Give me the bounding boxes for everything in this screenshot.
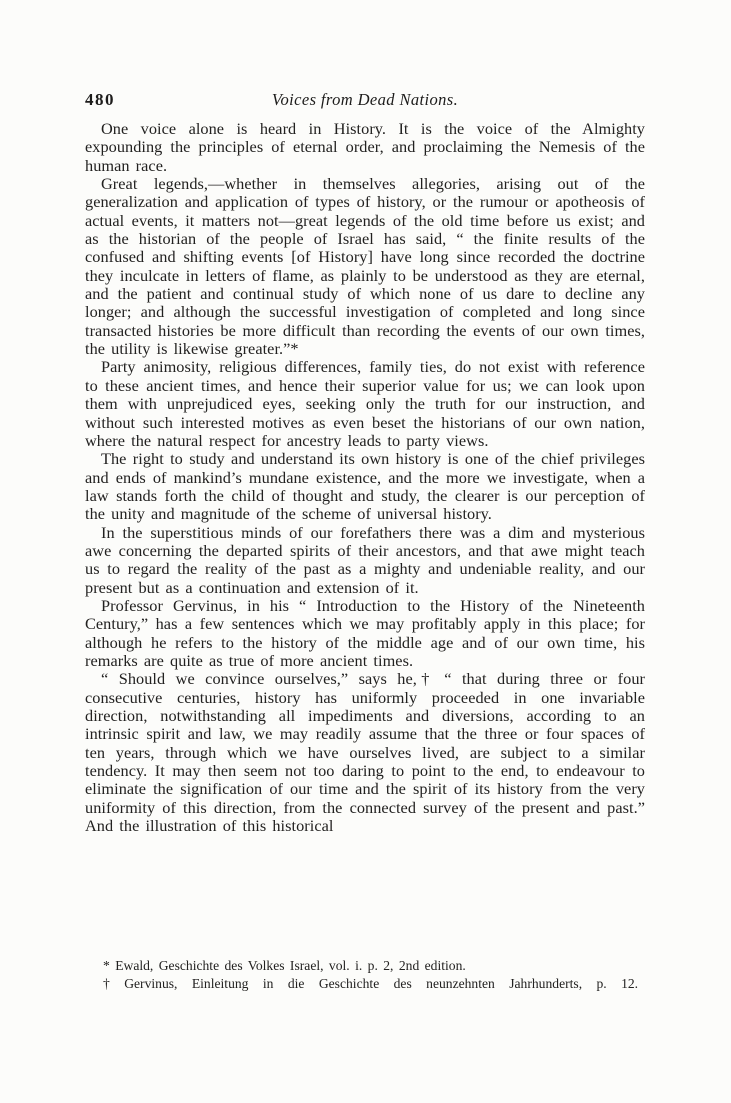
paragraph-gervinus-quote: “ Should we convince ourselves,” says he… (85, 670, 645, 835)
footnote-ewald: * Ewald, Geschichte des Volkes Israel, v… (85, 957, 645, 975)
page-body: One voice alone is heard in History. It … (85, 120, 645, 835)
page-header: 480 Voices from Dead Nations. (85, 90, 645, 112)
page-number: 480 (85, 90, 115, 110)
paragraph-great-legends: Great legends,—whether in themselves all… (85, 175, 645, 358)
paragraph-professor-gervinus: Professor Gervinus, in his “ Introductio… (85, 597, 645, 670)
book-page: 480 Voices from Dead Nations. One voice … (0, 0, 731, 1103)
paragraph-superstitious-minds: In the superstitious minds of our forefa… (85, 524, 645, 597)
paragraph-right-to-study: The right to study and understand its ow… (85, 450, 645, 523)
paragraph-one-voice: One voice alone is heard in History. It … (85, 120, 645, 175)
footnote-gervinus: † Gervinus, Einleitung in die Geschichte… (85, 975, 645, 993)
footnotes: * Ewald, Geschichte des Volkes Israel, v… (85, 957, 645, 992)
running-title: Voices from Dead Nations. (85, 90, 645, 110)
paragraph-party-animosity: Party animosity, religious differences, … (85, 358, 645, 450)
